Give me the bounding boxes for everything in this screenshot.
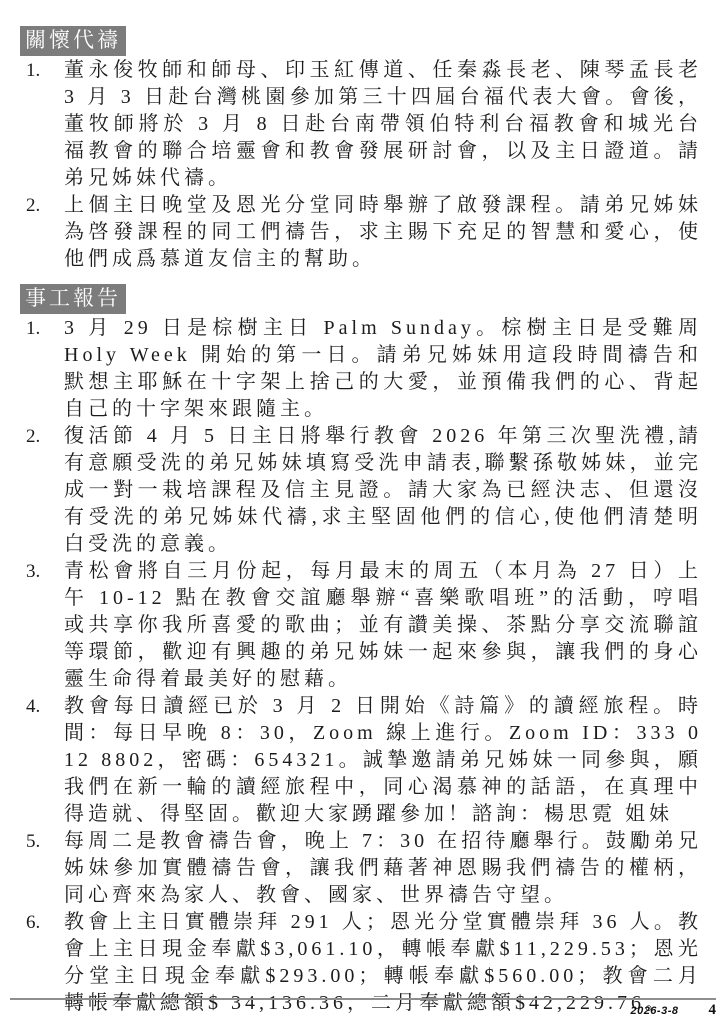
list-item: 董永俊牧師和師母、印玉紅傳道、任秦淼長老、陳琴孟長老 3 月 3 日赴台灣桃園參… — [20, 57, 702, 192]
section-care-prayer: 關懷代禱 董永俊牧師和師母、印玉紅傳道、任秦淼長老、陳琴孟長老 3 月 3 日赴… — [20, 26, 702, 273]
page-number: 4 — [709, 1002, 717, 1019]
section-title-ministry-report: 事工報告 — [20, 284, 126, 314]
section-ministry-report: 事工報告 3 月 29 日是棕樹主日 Palm Sunday。棕樹主日是受難周 … — [20, 284, 702, 1017]
list-item: 3 月 29 日是棕樹主日 Palm Sunday。棕樹主日是受難周 Holy … — [20, 315, 702, 423]
footer-date: 2026-3-8 — [630, 1005, 678, 1017]
item-text: 復活節 4 月 5 日主日將舉行教會 2026 年第三次聖洗禮,請有意願受洗的弟… — [64, 425, 702, 555]
page-footer: 2026-3-8 4 — [10, 998, 716, 1019]
item-text: 教會每日讀經已於 3 月 2 日開始《詩篇》的讀經旅程。時間：每日早晚 8：30… — [64, 695, 702, 825]
item-text: 董永俊牧師和師母、印玉紅傳道、任秦淼長老、陳琴孟長老 3 月 3 日赴台灣桃園參… — [64, 59, 702, 189]
list-item: 青松會將自三月份起，每月最末的周五（本月為 27 日）上午 10-12 點在教會… — [20, 558, 702, 693]
section-title-care-prayer: 關懷代禱 — [20, 26, 126, 56]
item-text: 每周二是教會禱告會，晚上 7：30 在招待廳舉行。鼓勵弟兄姊妹參加實體禱告會，讓… — [64, 830, 702, 906]
item-text: 青松會將自三月份起，每月最末的周五（本月為 27 日）上午 10-12 點在教會… — [64, 560, 702, 690]
care-prayer-list: 董永俊牧師和師母、印玉紅傳道、任秦淼長老、陳琴孟長老 3 月 3 日赴台灣桃園參… — [20, 57, 702, 273]
list-item: 教會每日讀經已於 3 月 2 日開始《詩篇》的讀經旅程。時間：每日早晚 8：30… — [20, 693, 702, 828]
item-text: 3 月 29 日是棕樹主日 Palm Sunday。棕樹主日是受難周 Holy … — [64, 317, 702, 420]
list-item: 復活節 4 月 5 日主日將舉行教會 2026 年第三次聖洗禮,請有意願受洗的弟… — [20, 423, 702, 558]
item-text: 上個主日晚堂及恩光分堂同時舉辦了啟發課程。請弟兄姊妹為啓發課程的同工們禱告，求主… — [64, 194, 702, 270]
bulletin-page: 關懷代禱 董永俊牧師和師母、印玉紅傳道、任秦淼長老、陳琴孟長老 3 月 3 日赴… — [0, 0, 724, 1024]
ministry-report-list: 3 月 29 日是棕樹主日 Palm Sunday。棕樹主日是受難周 Holy … — [20, 315, 702, 1017]
list-item: 上個主日晚堂及恩光分堂同時舉辦了啟發課程。請弟兄姊妹為啓發課程的同工們禱告，求主… — [20, 192, 702, 273]
list-item: 每周二是教會禱告會，晚上 7：30 在招待廳舉行。鼓勵弟兄姊妹參加實體禱告會，讓… — [20, 828, 702, 909]
